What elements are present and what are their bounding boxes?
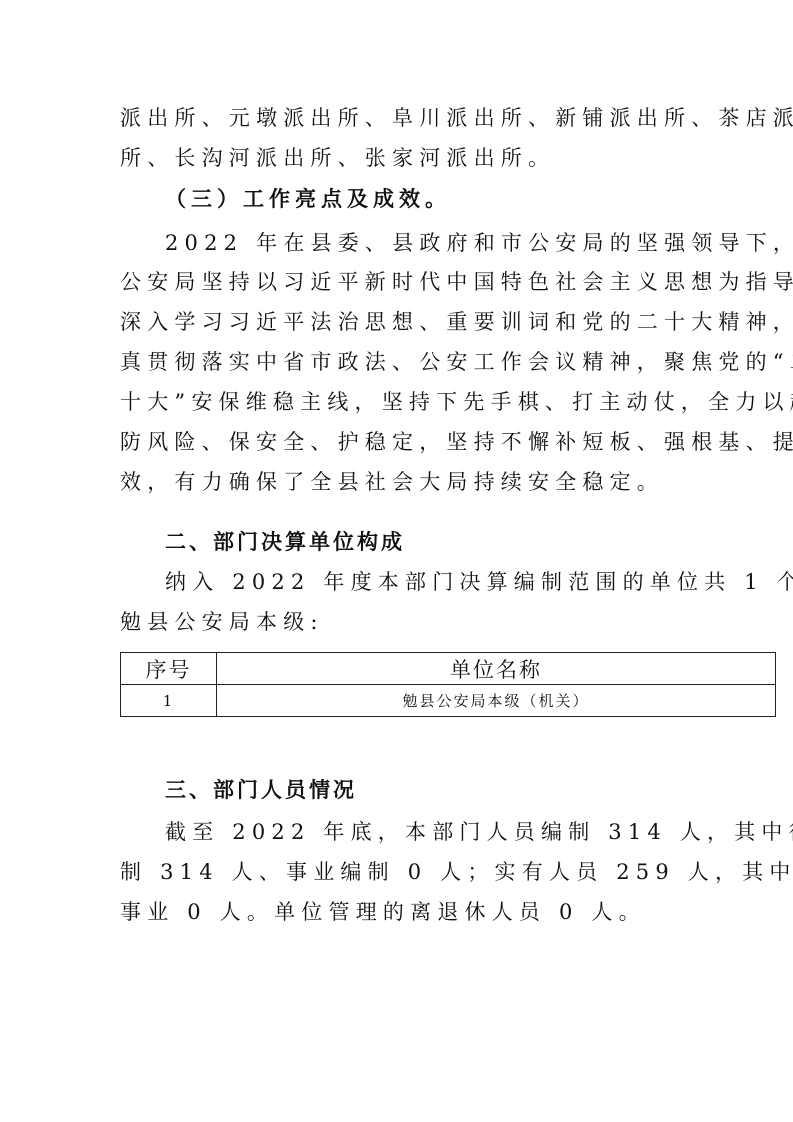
subsection-title: （三）工作亮点及成效。 xyxy=(165,185,745,213)
paragraph-line: 所、长沟河派出所、张家河派出所。 xyxy=(120,144,700,172)
document-page: 派出所、元墩派出所、阜川派出所、新铺派出所、茶店派出 所、长沟河派出所、张家河派… xyxy=(0,0,793,1122)
paragraph-line: 十大”安保维稳主线，坚持下先手棋、打主动仗，全力以赴 xyxy=(120,388,700,416)
paragraph-line: 纳入 2022 年度本部门决算编制范围的单位共 1 个，即 xyxy=(165,568,745,596)
paragraph-line: 深入学习习近平法治思想、重要训词和党的二十大精神，认 xyxy=(120,308,700,336)
paragraph-line: 勉县公安局本级: xyxy=(120,608,700,636)
paragraph-line: 事业 0 人。单位管理的离退休人员 0 人。 xyxy=(120,898,700,926)
paragraph-line: 防风险、保安全、护稳定，坚持不懈补短板、强根基、提质 xyxy=(120,428,700,456)
cell-index: 1 xyxy=(121,685,217,717)
paragraph-line: 公安局坚持以习近平新时代中国特色社会主义思想为指导， xyxy=(120,268,700,296)
paragraph-line: 派出所、元墩派出所、阜川派出所、新铺派出所、茶店派出 xyxy=(120,104,700,132)
table-row: 1 勉县公安局本级（机关） xyxy=(121,685,776,717)
paragraph-line: 真贯彻落实中省市政法、公安工作会议精神，聚焦党的“二 xyxy=(120,348,700,376)
column-header-index: 序号 xyxy=(121,653,217,685)
table-header-row: 序号 单位名称 xyxy=(121,653,776,685)
column-header-unit-name: 单位名称 xyxy=(217,653,776,685)
section-heading: 二、部门决算单位构成 xyxy=(165,528,405,556)
section-heading: 三、部门人员情况 xyxy=(165,776,357,804)
units-table: 序号 单位名称 1 勉县公安局本级（机关） xyxy=(120,652,776,717)
paragraph-line: 2022 年在县委、县政府和市公安局的坚强领导下，勉县 xyxy=(165,229,745,257)
cell-unit-name: 勉县公安局本级（机关） xyxy=(217,685,776,717)
paragraph-line: 效，有力确保了全县社会大局持续安全稳定。 xyxy=(120,468,700,496)
paragraph-line: 截至 2022 年底，本部门人员编制 314 人，其中行政编 xyxy=(165,818,745,846)
paragraph-line: 制 314 人、事业编制 0 人；实有人员 259 人，其中行政 0 人、 xyxy=(120,858,700,886)
